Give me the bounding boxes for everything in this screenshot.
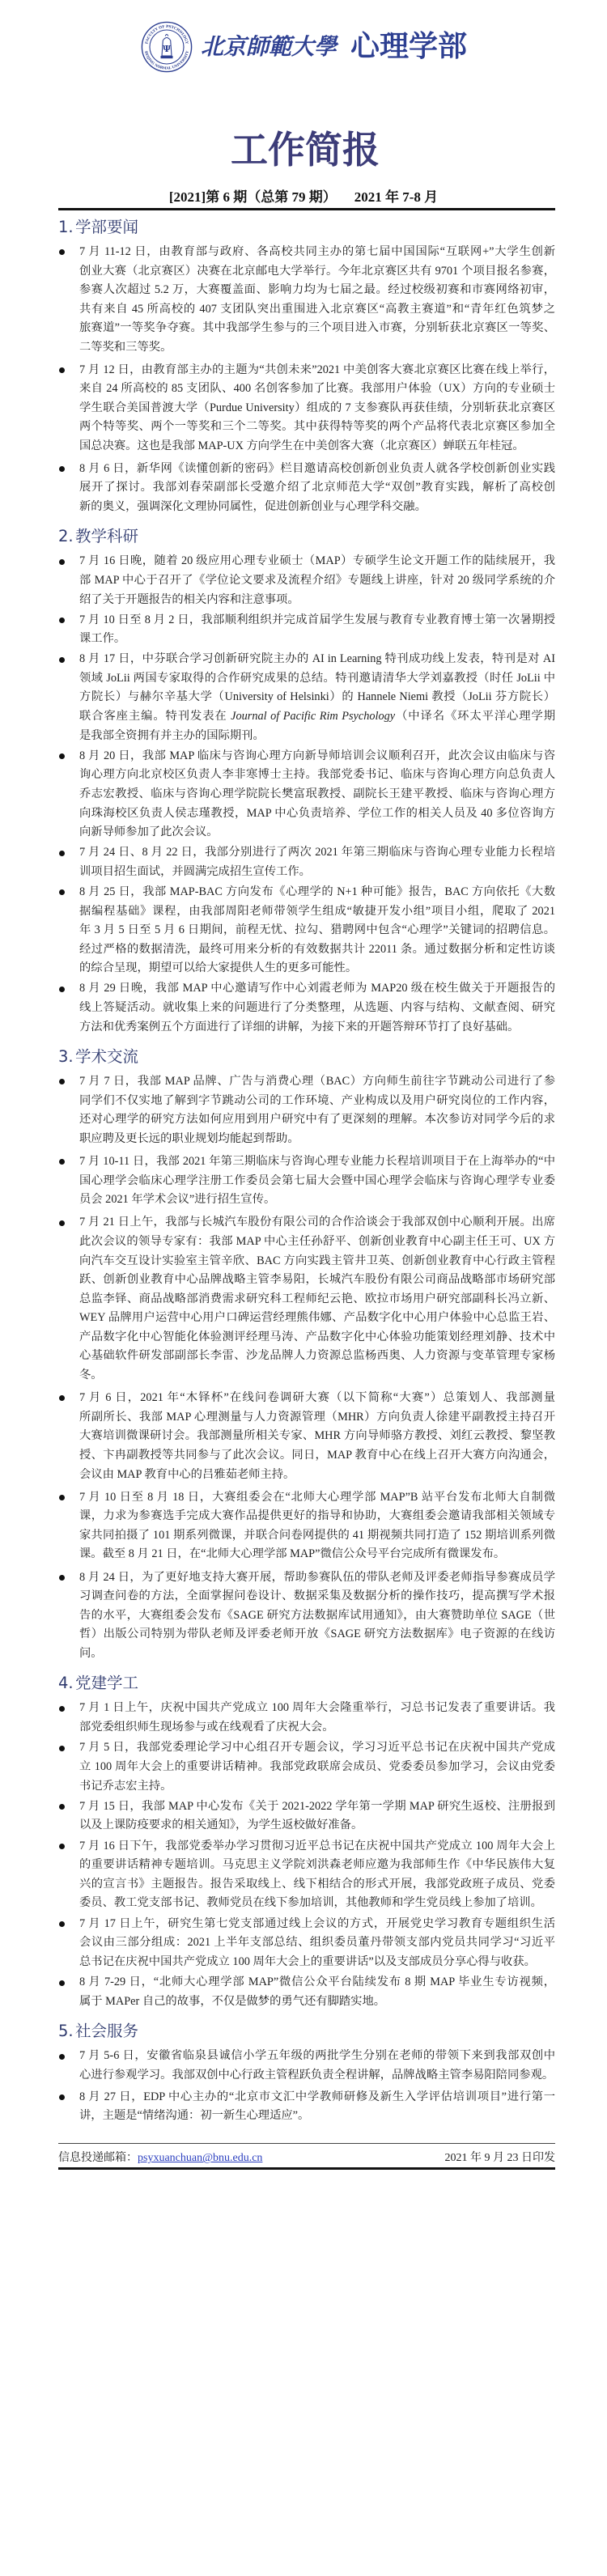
text-line: 家共同拍摄了 101 期系列微课，并联合问卷网提供的 41 期视频共同打造了 1… xyxy=(79,1526,555,1546)
section-3: 3.学术交流7 月 7 日，我部 MAP 品牌、广告与消费心理（BAC）方向师生… xyxy=(58,1045,555,1663)
text-line: 8 月 27 日，EDP 中心主办的“北京市文汇中学教师研修及新生入学评估培训项… xyxy=(79,2088,555,2107)
university-name: 北京師範大學 xyxy=(201,30,337,64)
issued-date: 2021 年 9 月 23 日印发 xyxy=(445,2150,556,2166)
news-item: 7 月 5-6 日，安徽省临泉县诚信小学五年级的两批学生分别在老师的带领下来到我… xyxy=(58,2047,555,2085)
news-item: 7 月 16 日晚，随着 20 级应用心理专业硕士（MAP）专硕学生论文开题工作… xyxy=(58,552,555,609)
bullet-icon xyxy=(59,1980,65,1986)
text-line: 7 月 11-12 日，由教育部与政府、各高校共同主办的第七届中国国际“互联网+… xyxy=(79,243,555,262)
news-item-text: 8 月 17 日，中芬联合学习创新研究院主办的 AI in Learning 特… xyxy=(79,650,555,745)
bullet-icon xyxy=(59,2094,65,2100)
text-line: 所副所长、我部 MAP 心理测量与人力资源管理（MHR）方向负责人徐建平副教授主… xyxy=(79,1408,555,1428)
news-item-text: 7 月 16 日晚，随着 20 级应用心理专业硕士（MAP）专硕学生论文开题工作… xyxy=(79,552,555,609)
text-line: 冬。 xyxy=(79,1366,555,1386)
text-line: 向珠海校区负责人侯志瑾教授，MAP 中心负责培养、学位工作的相关人员及 40 多… xyxy=(79,804,555,824)
text-line: 7 月 16 日晚，随着 20 级应用心理专业硕士（MAP）专硕学生论文开题工作… xyxy=(79,552,555,571)
bullet-icon xyxy=(59,1706,65,1712)
contact-email: 信息投递邮箱：psyxuanchuan@bnu.edu.cn xyxy=(58,2150,262,2166)
bullet-icon xyxy=(59,1495,65,1500)
news-item-text: 7 月 11-12 日，由教育部与政府、各高校共同主办的第七届中国国际“互联网+… xyxy=(79,243,555,358)
text-line: 以及上课防疫要求的相关通知》，为学生返校做好准备。 xyxy=(79,1816,555,1835)
bullet-icon xyxy=(59,466,65,472)
text-line: 兴的宣言书》主题报告。报告采取线上、线下相结合的形式开展，我部党政班子成员、党委 xyxy=(79,1875,555,1895)
news-item-text: 7 月 10 日至 8 月 18 日，大赛组委会在“北师大心理学部 MAP”B … xyxy=(79,1488,555,1564)
text-line: 告的水平，大赛组委会发布《SAGE 研究方法数据库试用通知》，由大赛赞助单位 S… xyxy=(79,1606,555,1626)
text-line: 总监李铎、商品战略部消费需求研究科工程师纪云艳、欧拉市场用户研究部副科长冯立新、 xyxy=(79,1290,555,1309)
bullet-icon xyxy=(59,1746,65,1751)
news-item: 8 月 7-29 日，“北师大心理学部 MAP”微信公众平台陆续发布 8 期 M… xyxy=(58,1973,555,2011)
section-heading: 4.党建学工 xyxy=(58,1671,555,1695)
news-item-text: 7 月 17 日上午，研究生第七党支部通过线上会议的方式，开展党史学习教育专题组… xyxy=(79,1915,555,1972)
section-title: 社会服务 xyxy=(75,2022,138,2040)
text-line: 7 月 12 日，由教育部主办的主题为“共创未来”2021 中美创客大赛北京赛区… xyxy=(79,361,555,380)
email-link[interactable]: psyxuanchuan@bnu.edu.cn xyxy=(138,2152,262,2164)
issue-period: 2021 年 7-8 月 xyxy=(354,189,438,205)
section-number: 1. xyxy=(58,215,75,240)
text-line: 委员、教工党支部书记、教师党员在线下参加培训，其他教师和学生党员线上参加了培训。 xyxy=(79,1894,555,1913)
text-line: 参赛人次超过 5.2 万，大赛覆盖面、影响力均为七届之最。经过校级初赛和市赛网络… xyxy=(79,281,555,300)
text-line: 旅赛道”一等奖争夺赛。其中我部学生参与的三个项目进入市赛，分别斩获北京赛区一等奖… xyxy=(79,319,555,338)
text-line: 8 月 6 日，新华网《读懂创新的密码》栏目邀请高校创新创业负责人就各学校创新创… xyxy=(79,460,555,479)
news-item-text: 7 月 5-6 日，安徽省临泉县诚信小学五年级的两批学生分别在老师的带领下来到我… xyxy=(79,2047,555,2085)
news-item-text: 7 月 21 日上午，我部与长城汽车股份有限公司的合作洽谈会于我部双创中心顺利开… xyxy=(79,1213,555,1385)
header-divider xyxy=(58,208,555,210)
text-line: 问。 xyxy=(79,1644,555,1664)
text-line: 共有来自 45 所高校的 407 支团队突出重围进入北京赛区“高教主赛道”和“青… xyxy=(79,300,555,320)
bullet-icon xyxy=(59,1575,65,1581)
section-title: 学部要闻 xyxy=(75,218,138,236)
text-line: 跃、创新创业教育中心品牌战略主管李易阳，长城汽车股份有限公司商品战略部市场研究部 xyxy=(79,1271,555,1290)
text-line: 属于 MAPer 自己的故事，不仅是做梦的勇气还有脚踏实地。 xyxy=(79,1992,555,2012)
news-item: 8 月 27 日，EDP 中心主办的“北京市文汇中学教师研修及新生入学评估培训项… xyxy=(58,2088,555,2126)
section-title: 教学科研 xyxy=(75,527,138,545)
issue-number: [2021]第 6 期（总第 79 期） xyxy=(169,189,337,205)
news-item: 7 月 10-11 日，我部 2021 年第三期临床与咨询心理专业能力长程培训项… xyxy=(58,1152,555,1210)
section-heading: 3.学术交流 xyxy=(58,1045,555,1069)
news-item: 7 月 12 日，由教育部主办的主题为“共创未来”2021 中美创客大赛北京赛区… xyxy=(58,361,555,456)
bullet-icon xyxy=(59,367,65,373)
text-line: 7 月 16 日下午，我部党委举办学习贯彻习近平总书记在庆祝中国共产党成立 10… xyxy=(79,1837,555,1857)
news-item: 7 月 10 日至 8 月 18 日，大赛组委会在“北师大心理学部 MAP”B … xyxy=(58,1488,555,1564)
text-line: 7 月 5 日，我部党委理论学习中心组召开专题会议，学习习近平总书记在庆祝中国共… xyxy=(79,1738,555,1758)
text-line: 国总决赛。这也是我部 MAP-UX 方向学生在中美创客大赛（北京赛区）蝉联五年桂… xyxy=(79,437,555,456)
text-line: 方法和优秀案例五个方面进行了详细的讲解，为接下来的开题答辩环节打了良好基础。 xyxy=(79,1018,555,1038)
text-line: 领域 JoLii 两国专家取得的合作研究成果的总结。特刊邀请清华大学刘嘉教授（时… xyxy=(79,669,555,689)
text-line: 8 月 29 日晚，我部 MAP 中心邀请写作中心刘霞老师为 MAP20 级在校… xyxy=(79,979,555,999)
text-line: 国心理学会临床心理学注册工作委员会第七届大会暨中国心理学会临床与咨询心理学专业委 xyxy=(79,1172,555,1191)
news-item-text: 8 月 6 日，新华网《读懂创新的密码》栏目邀请高校创新创业负责人就各学校创新创… xyxy=(79,460,555,517)
text-line: 的综合呈现，期望可以给大家提供人生的更多可能性。 xyxy=(79,959,555,978)
bullet-icon xyxy=(59,1079,65,1084)
news-item-text: 7 月 10 日至 8 月 2 日，我部顺利组织并完成首届学生发展与教育专业教育… xyxy=(79,611,555,649)
text-line: 8 月 17 日，中芬联合学习创新研究院主办的 AI in Learning 特… xyxy=(79,650,555,669)
news-item-text: 7 月 5 日，我部党委理论学习中心组召开专题会议，学习习近平总书记在庆祝中国共… xyxy=(79,1738,555,1796)
text-line: 8 月 7-29 日，“北师大心理学部 MAP”微信公众平台陆续发布 8 期 M… xyxy=(79,1973,555,1992)
text-line: 课工作。 xyxy=(79,630,555,649)
news-item-text: 7 月 7 日，我部 MAP 品牌、广告与消费心理（BAC）方向师生前往字节跳动… xyxy=(79,1072,555,1148)
university-seal-logo: FACULTY OF PSYCHOLOGY BEIJING NORMAL UNI… xyxy=(141,21,193,73)
text-line: 展开了探讨。我部刘春荣副部长受邀介绍了北京师范大学“双创”教育实践，解析了高校创 xyxy=(79,478,555,498)
section-title: 学术交流 xyxy=(75,1047,138,1066)
text-line: 方院长）与赫尔辛基大学（University of Helsinki）的 Han… xyxy=(79,688,555,707)
news-item-text: 8 月 7-29 日，“北师大心理学部 MAP”微信公众平台陆续发布 8 期 M… xyxy=(79,1973,555,2011)
text-line: 二等奖和三等奖。 xyxy=(79,338,555,358)
bullet-icon xyxy=(59,851,65,856)
journal-title: Journal of Pacific Rim Psychology xyxy=(231,710,395,723)
bullet-icon xyxy=(59,617,65,623)
news-item: 7 月 15 日，我部 MAP 中心发布《关于 2021-2022 学年第一学期… xyxy=(58,1797,555,1835)
news-item-text: 7 月 10-11 日，我部 2021 年第三期临床与咨询心理专业能力长程培训项… xyxy=(79,1152,555,1210)
text-line: 大赛培训微课研讨会。我部测量所相关专家、MHR 方向导师骆方教授、刘红云教授、黎… xyxy=(79,1427,555,1446)
text-line: 会议由 MAP 教育中心的吕雅茹老师主持。 xyxy=(79,1466,555,1485)
text-line: 部 MAP 中心于召开了《学位论文要求及流程介绍》专题线上讲座，针对 20 级同… xyxy=(79,571,555,591)
text-line: 8 月 20 日，我部 MAP 临床与咨询心理方向新导师培训会议顺利召开，此次会… xyxy=(79,747,555,766)
bullet-icon xyxy=(59,559,65,565)
section-number: 4. xyxy=(58,1671,75,1695)
news-item-text: 7 月 6 日，2021 年“木铎杯”在线问卷调研大赛（以下简称“大赛”）总策划… xyxy=(79,1389,555,1484)
news-item-text: 8 月 29 日晚，我部 MAP 中心邀请写作中心刘霞老师为 MAP20 级在校… xyxy=(79,979,555,1037)
text-line: 职应聘及更长远的职业规划均能起到帮助。 xyxy=(79,1130,555,1149)
section-number: 3. xyxy=(58,1045,75,1069)
text-line: 7 月 17 日上午，研究生第七党支部通过线上会议的方式，开展党史学习教育专题组… xyxy=(79,1915,555,1934)
footer-row: 信息投递邮箱：psyxuanchuan@bnu.edu.cn 2021 年 9 … xyxy=(58,2150,555,2166)
text-line: 部党委组织师生现场参与或在线观看了庆祝大会。 xyxy=(79,1718,555,1738)
email-label: 信息投递邮箱： xyxy=(58,2152,138,2164)
text-line: 的重要讲话精神专题培训。马克思主义学院刘洪森老师应邀为我部师生作《中华民族伟大复 xyxy=(79,1856,555,1875)
bullet-icon xyxy=(59,1159,65,1165)
bullet-icon xyxy=(59,2054,65,2060)
text-line: 学生联合美国普渡大学（Purdue University）组成的 7 支参赛队再… xyxy=(79,399,555,418)
section-title: 党建学工 xyxy=(75,1674,138,1692)
bullet-icon xyxy=(59,1804,65,1810)
section-2: 2.教学科研7 月 16 日晚，随着 20 级应用心理专业硕士（MAP）专硕学生… xyxy=(58,524,555,1037)
news-item-text: 8 月 20 日，我部 MAP 临床与咨询心理方向新导师培训会议顺利召开，此次会… xyxy=(79,747,555,842)
section-heading: 1.学部要闻 xyxy=(58,215,555,240)
news-item-text: 7 月 16 日下午，我部党委举办学习贯彻习近平总书记在庆祝中国共产党成立 10… xyxy=(79,1837,555,1913)
text-line: 习调查问卷的方法，全面掌握问卷设计、数据采集及数据分析的操作技巧，提高撰写学术报 xyxy=(79,1587,555,1606)
text-line: 联合客座主编。特刊发表在 Journal of Pacific Rim Psyc… xyxy=(79,707,555,727)
text-line: 来自 24 所高校的 85 支团队、400 名创客参加了比赛。我部用户体验（UX… xyxy=(79,380,555,399)
text-line: 8 月 24 日，为了更好地支持大赛开展，帮助参赛队伍的带队老师及评委老师指导参… xyxy=(79,1568,555,1588)
news-item: 8 月 29 日晚，我部 MAP 中心邀请写作中心刘霞老师为 MAP20 级在校… xyxy=(58,979,555,1037)
text-segment: 联合客座主编。特刊发表在 xyxy=(79,710,231,723)
text-line: 7 月 15 日，我部 MAP 中心发布《关于 2021-2022 学年第一学期… xyxy=(79,1797,555,1817)
news-item: 7 月 24 日、8 月 22 日，我部分别进行了两次 2021 年第三期临床与… xyxy=(58,843,555,881)
news-item-text: 8 月 25 日，我部 MAP-BAC 方向发布《心理学的 N+1 种可能》报告… xyxy=(79,883,555,978)
news-item-text: 7 月 24 日、8 月 22 日，我部分别进行了两次 2021 年第三期临床与… xyxy=(79,843,555,881)
text-line: 7 月 10 日至 8 月 18 日，大赛组委会在“北师大心理学部 MAP”B … xyxy=(79,1488,555,1508)
news-item: 8 月 20 日，我部 MAP 临床与咨询心理方向新导师培训会议顺利召开，此次会… xyxy=(58,747,555,842)
text-line: 还对心理学的研究方法如何应用到用户研究中有了更深刻的理解。本次参访对同学今后的求 xyxy=(79,1110,555,1130)
news-item: 7 月 11-12 日，由教育部与政府、各高校共同主办的第七届中国国际“互联网+… xyxy=(58,243,555,358)
news-item-text: 7 月 15 日，我部 MAP 中心发布《关于 2021-2022 学年第一学期… xyxy=(79,1797,555,1835)
section-heading: 2.教学科研 xyxy=(58,524,555,549)
bullet-icon xyxy=(59,249,65,255)
text-line: 立 100 周年大会上的重要讲话精神。我部党政联席会成员、党委委员参加学习，会议… xyxy=(79,1758,555,1777)
bullet-icon xyxy=(59,1220,65,1226)
footer: 信息投递邮箱：psyxuanchuan@bnu.edu.cn 2021 年 9 … xyxy=(58,2143,555,2170)
text-line: 产品数字化中心智能化体验测评经理马涛、产品数字化中心体验功能策划经理刘静、技术中 xyxy=(79,1328,555,1347)
news-item: 7 月 5 日，我部党委理论学习中心组召开专题会议，学习习近平总书记在庆祝中国共… xyxy=(58,1738,555,1796)
text-line: 训项目招生面试，并圆满完成招生宣传工作。 xyxy=(79,863,555,882)
footer-bottom-divider xyxy=(58,2167,555,2170)
text-line: 7 月 21 日上午，我部与长城汽车股份有限公司的合作洽谈会于我部双创中心顺利开… xyxy=(79,1213,555,1233)
section-number: 5. xyxy=(58,2019,75,2043)
department-name: 心理学部 xyxy=(350,29,467,65)
bullet-icon xyxy=(59,1921,65,1927)
issue-line: [2021]第 6 期（总第 79 期）2021 年 7-8 月 xyxy=(0,189,607,206)
text-line: 7 月 24 日、8 月 22 日，我部分别进行了两次 2021 年第三期临床与… xyxy=(79,843,555,863)
newsletter-content: 1.学部要闻7 月 11-12 日，由教育部与政府、各高校共同主办的第七届中国国… xyxy=(58,215,555,2170)
text-line: 7 月 1 日上午，庆祝中国共产党成立 100 周年大会隆重举行，习总书记发表了… xyxy=(79,1699,555,1718)
news-item: 8 月 24 日，为了更好地支持大赛开展，帮助参赛队伍的带队老师及评委老师指导参… xyxy=(58,1568,555,1664)
page-title: 工作简报 xyxy=(2,128,607,172)
bullet-icon xyxy=(59,753,65,759)
section-1: 1.学部要闻7 月 11-12 日，由教育部与政府、各高校共同主办的第七届中国国… xyxy=(58,215,555,516)
text-line: 课。截至 8 月 21 日，在“北师大心理学部 MAP”微信公众号平台完成所有微… xyxy=(79,1545,555,1564)
text-line: 乔志宏教授、临床与咨询心理学院院长樊富珉教授、副院长王建平教授、临床与咨询心理方 xyxy=(79,785,555,804)
text-line: 7 月 7 日，我部 MAP 品牌、广告与消费心理（BAC）方向师生前往字节跳动… xyxy=(79,1072,555,1092)
bullet-icon xyxy=(59,987,65,992)
text-line: WEY 品牌用户运营中心用户口碑运营经理熊伟娜、产品数字化中心用户体验中心总监王… xyxy=(79,1309,555,1328)
text-line: 心进行参观学习。我部双创中心行政主管程跃负责全程讲解，品牌战略主管李易阳陪同参观… xyxy=(79,2066,555,2086)
text-line: 经过严格的数据清洗，最终可用来分析的有效数据共计 22011 条。通过数据分析和… xyxy=(79,940,555,960)
news-item: 7 月 16 日下午，我部党委举办学习贯彻习近平总书记在庆祝中国共产党成立 10… xyxy=(58,1837,555,1913)
footer-top-divider xyxy=(58,2143,555,2144)
section-heading: 5.社会服务 xyxy=(58,2019,555,2043)
news-item: 7 月 6 日，2021 年“木铎杯”在线问卷调研大赛（以下简称“大赛”）总策划… xyxy=(58,1389,555,1484)
text-line: 总书记在庆祝中国共产党成立 100 周年大会上的重要讲话”以及支部成员分享心得与… xyxy=(79,1953,555,1972)
text-line: 8 月 25 日，我部 MAP-BAC 方向发布《心理学的 N+1 种可能》报告… xyxy=(79,883,555,902)
news-item: 7 月 7 日，我部 MAP 品牌、广告与消费心理（BAC）方向师生前往字节跳动… xyxy=(58,1072,555,1148)
text-line: 7 月 6 日，2021 年“木铎杯”在线问卷调研大赛（以下简称“大赛”）总策划… xyxy=(79,1389,555,1408)
text-line: 7 月 10 日至 8 月 2 日，我部顺利组织并完成首届学生发展与教育专业教育… xyxy=(79,611,555,630)
text-line: 7 月 5-6 日，安徽省临泉县诚信小学五年级的两批学生分别在老师的带领下来到我… xyxy=(79,2047,555,2066)
text-line: 此次会议的领导专家有：我部 MAP 中心主任孙舒平、创新创业教育中心副主任王可、… xyxy=(79,1233,555,1252)
news-item: 8 月 17 日，中芬联合学习创新研究院主办的 AI in Learning 特… xyxy=(58,650,555,745)
text-line: 讲，主题是“情绪沟通：初一新生心理适应”。 xyxy=(79,2107,555,2126)
news-item: 7 月 17 日上午，研究生第七党支部通过线上会议的方式，开展党史学习教育专题组… xyxy=(58,1915,555,1972)
text-line: 员会 2021 年学术会议”进行招生宣传。 xyxy=(79,1190,555,1210)
text-line: 创业大赛（北京赛区）决赛在北京邮电大学举行。今年北京赛区共有 9701 个项目报… xyxy=(79,262,555,282)
text-line: 绍了关于开题报告的相关内容和注意事项。 xyxy=(79,591,555,610)
section-number: 2. xyxy=(58,524,75,549)
news-item-text: 8 月 24 日，为了更好地支持大赛开展，帮助参赛队伍的带队老师及评委老师指导参… xyxy=(79,1568,555,1664)
news-item-text: 7 月 12 日，由教育部主办的主题为“共创未来”2021 中美创客大赛北京赛区… xyxy=(79,361,555,456)
news-item: 7 月 21 日上午，我部与长城汽车股份有限公司的合作洽谈会于我部双创中心顺利开… xyxy=(58,1213,555,1385)
text-line: 7 月 10-11 日，我部 2021 年第三期临床与咨询心理专业能力长程培训项… xyxy=(79,1152,555,1172)
bullet-icon xyxy=(59,657,65,663)
news-item: 8 月 6 日，新华网《读懂创新的密码》栏目邀请高校创新创业负责人就各学校创新创… xyxy=(58,460,555,517)
section-4: 4.党建学工7 月 1 日上午，庆祝中国共产党成立 100 周年大会隆重举行，习… xyxy=(58,1671,555,2011)
text-line: 年 3 月 5 日至 5 月 6 日期间，前程无忧、拉勾、猎聘网中包含“心理学”… xyxy=(79,921,555,940)
text-line: 会议由三部分组成：2021 上半年支部总结、组织委员董丹带领支部内党员共同学习“… xyxy=(79,1933,555,1953)
news-item: 7 月 1 日上午，庆祝中国共产党成立 100 周年大会隆重举行，习总书记发表了… xyxy=(58,1699,555,1737)
text-line: 两个特等奖、两个一等奖和三个二等奖。其中获得特等奖的两个产品将代表北京赛区参加全 xyxy=(79,418,555,437)
news-item-text: 7 月 1 日上午，庆祝中国共产党成立 100 周年大会隆重举行，习总书记发表了… xyxy=(79,1699,555,1737)
text-line: 书记乔志宏主持。 xyxy=(79,1777,555,1797)
text-line: 课，力求为参赛选手完成大赛作品提供更好的指导和协助，大赛组委会邀请我部相关领域专 xyxy=(79,1507,555,1526)
text-line: 是我部全资拥有并主办的国际期刊。 xyxy=(79,727,555,746)
text-line: 哲）出版公司特别为带队老师及评委老师开放《SAGE 研究方法数据库》电子资源的在… xyxy=(79,1625,555,1644)
text-line: 授、卞冉副教授等共同参与了此次会议。同日，MAP 教育中心在线上召开大赛方向沟通… xyxy=(79,1446,555,1466)
section-5: 5.社会服务7 月 5-6 日，安徽省临泉县诚信小学五年级的两批学生分别在老师的… xyxy=(58,2019,555,2125)
newsletter-page: FACULTY OF PSYCHOLOGY BEIJING NORMAL UNI… xyxy=(0,0,607,2576)
text-line: 新的奥义，强调深化文理协同属性，促进创新创业与心理学科交融。 xyxy=(79,498,555,517)
text-line: 向新导师参加了此次会议。 xyxy=(79,823,555,842)
bullet-icon xyxy=(59,1395,65,1401)
news-item: 8 月 25 日，我部 MAP-BAC 方向发布《心理学的 N+1 种可能》报告… xyxy=(58,883,555,978)
text-line: 线上答疑活动。就收集上来的问题进行了分类整理，从选题、内容与结构、文献查阅、研究 xyxy=(79,999,555,1018)
news-item: 7 月 10 日至 8 月 2 日，我部顺利组织并完成首届学生发展与教育专业教育… xyxy=(58,611,555,649)
text-line: 心基础软件研发部副部长李雷、沙龙品牌人力资源总监杨西奥、人力资源与变革管理专家杨 xyxy=(79,1347,555,1366)
psi-symbol-icon: Ψ xyxy=(163,44,171,54)
news-item-text: 8 月 27 日，EDP 中心主办的“北京市文汇中学教师研修及新生入学评估培训项… xyxy=(79,2088,555,2126)
text-line: 向汽车交互设计实验室主管辛欣、BAC 方向实践主管井卫英、创新创业教育中心行政主… xyxy=(79,1252,555,1271)
text-line: 询心理方向北京校区负责人李非寒博士主持。我部党委书记、临床与咨询心理方向总负责人 xyxy=(79,766,555,785)
bullet-icon xyxy=(59,889,65,895)
bullet-icon xyxy=(59,1844,65,1849)
text-line: 据编程基础》课程，由我部周阳老师带领学生组成“敏捷开发小组”项目小组，爬取了 2… xyxy=(79,902,555,922)
text-line: 同学们不仅实地了解到字节跳动公司的工作环境、产业构成以及用户研究岗位的工作内容， xyxy=(79,1092,555,1111)
